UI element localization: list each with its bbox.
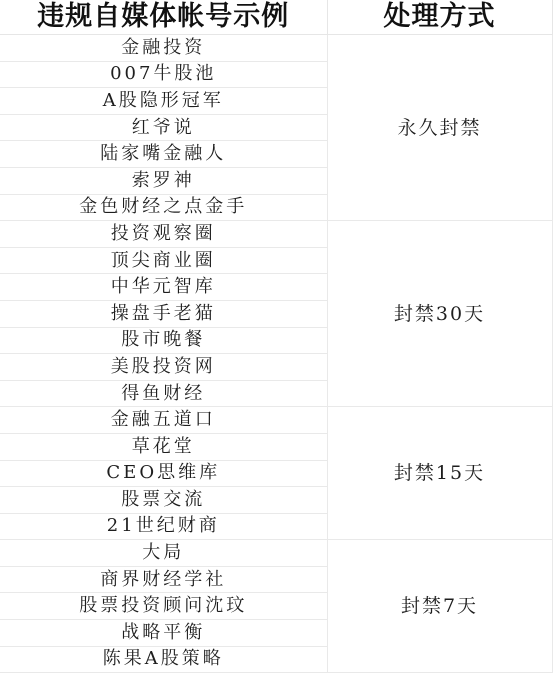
action-cell-30-days: 封禁30天 xyxy=(327,221,552,407)
account-cell: 金融投资 xyxy=(0,35,327,62)
header-action: 处理方式 xyxy=(327,0,552,35)
account-cell: 股票投资顾问沈玟 xyxy=(0,593,327,620)
table-row: 金融投资 永久封禁 xyxy=(0,35,552,62)
account-cell: 商界财经学社 xyxy=(0,566,327,593)
account-cell: 得鱼财经 xyxy=(0,380,327,407)
account-cell: 大局 xyxy=(0,540,327,567)
account-cell: CEO思维库 xyxy=(0,460,327,487)
account-cell: 美股投资网 xyxy=(0,354,327,381)
violation-accounts-table: 违规自媒体帐号示例 处理方式 金融投资 永久封禁 007牛股池 A股隐形冠军 红… xyxy=(0,0,553,673)
table-row: 投资观察圈 封禁30天 xyxy=(0,221,552,248)
account-cell: 红爷说 xyxy=(0,114,327,141)
account-cell: 金融五道口 xyxy=(0,407,327,434)
account-cell: 索罗神 xyxy=(0,167,327,194)
account-cell: 股票交流 xyxy=(0,487,327,514)
table-row: 大局 封禁7天 xyxy=(0,540,552,567)
spreadsheet-table-image: 违规自媒体帐号示例 处理方式 金融投资 永久封禁 007牛股池 A股隐形冠军 红… xyxy=(0,0,554,673)
header-accounts: 违规自媒体帐号示例 xyxy=(0,0,327,35)
account-cell: 中华元智库 xyxy=(0,274,327,301)
header-row: 违规自媒体帐号示例 处理方式 xyxy=(0,0,552,35)
account-cell: 顶尖商业圈 xyxy=(0,247,327,274)
account-cell: 21世纪财商 xyxy=(0,513,327,540)
action-cell-7-days: 封禁7天 xyxy=(327,540,552,673)
account-cell: 股市晚餐 xyxy=(0,327,327,354)
account-cell: 陈果A股策略 xyxy=(0,646,327,673)
account-cell: 007牛股池 xyxy=(0,61,327,88)
account-cell: 陆家嘴金融人 xyxy=(0,141,327,168)
account-cell: 战略平衡 xyxy=(0,620,327,647)
account-cell: 草花堂 xyxy=(0,433,327,460)
account-cell: 金色财经之点金手 xyxy=(0,194,327,221)
account-cell: A股隐形冠军 xyxy=(0,88,327,115)
account-cell: 投资观察圈 xyxy=(0,221,327,248)
action-cell-permanent: 永久封禁 xyxy=(327,35,552,221)
account-cell: 操盘手老猫 xyxy=(0,300,327,327)
table-row: 金融五道口 封禁15天 xyxy=(0,407,552,434)
action-cell-15-days: 封禁15天 xyxy=(327,407,552,540)
